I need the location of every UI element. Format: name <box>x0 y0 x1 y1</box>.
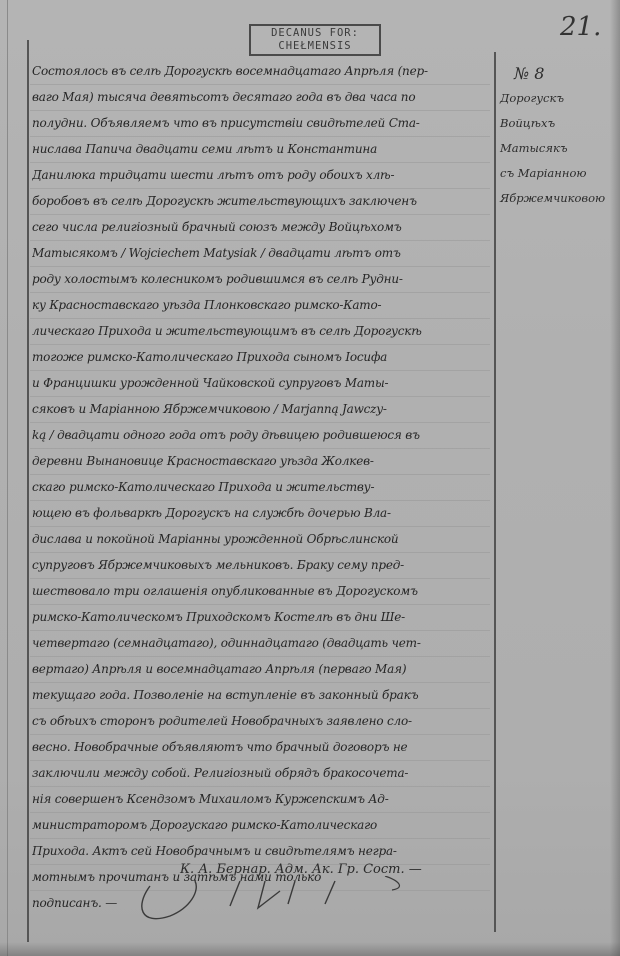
body-line: ką / двадцати одного года отъ роду дѣвиц… <box>32 422 490 448</box>
body-line: ку Красноставскаго уѣзда Плонковскаго ри… <box>32 292 490 318</box>
stamp-line-2: CHEŁMENSIS <box>251 40 379 53</box>
body-line: лическаго Прихода и жительствующимъ въ с… <box>32 318 490 344</box>
left-margin-rule <box>27 40 29 942</box>
right-margin-rule <box>494 52 496 932</box>
body-line: Матысякомъ / Wojciechem Matysiak / двадц… <box>32 240 490 266</box>
stamp-line-1: DECANUS FOR: <box>251 27 379 40</box>
body-line: Данилюка тридцати шести лѣтъ отъ роду об… <box>32 162 490 188</box>
page-number: 21. <box>560 12 601 42</box>
dean-stamp: DECANUS FOR: CHEŁMENSIS <box>249 24 381 56</box>
register-page: DECANUS FOR: CHEŁMENSIS 21. № 8 Дорогуск… <box>0 0 620 956</box>
body-line: римско-Католическомъ Приходскомъ Костелѣ… <box>32 604 490 630</box>
margin-line-bride-first: съ Марiанною <box>500 161 612 186</box>
body-line: четвертаго (семнадцатаго), одиннадцатаго… <box>32 630 490 656</box>
record-number: № 8 <box>500 62 612 86</box>
record-body: Состоялось въ селѣ Дорогускѣ восемнадцат… <box>32 58 490 916</box>
body-line: деревни Вынановице Красноставскаго уѣзда… <box>32 448 490 474</box>
body-line: заключили между собой. Религiозный обряд… <box>32 760 490 786</box>
body-line: ющею въ фольваркѣ Дорогускъ на службѣ до… <box>32 500 490 526</box>
body-line: Состоялось въ селѣ Дорогускѣ восемнадцат… <box>32 58 490 84</box>
body-line: съ обѣихъ сторонъ родителей Новобрачныхъ… <box>32 708 490 734</box>
margin-line-parish: Дорогускъ <box>500 86 612 111</box>
body-line: тогоже римско-Католическаго Прихода сыно… <box>32 344 490 370</box>
margin-line-groom-first: Войцѣхъ <box>500 111 612 136</box>
page-edge-line <box>7 0 8 956</box>
body-line: полудни. Объявляемъ что въ присутствiи с… <box>32 110 490 136</box>
body-line: весно. Новобрачные объявляютъ что брачны… <box>32 734 490 760</box>
body-line: министраторомъ Дорогускаго римско-Католи… <box>32 812 490 838</box>
signature-flourish-icon <box>130 876 450 936</box>
margin-line-groom-last: Матысякъ <box>500 136 612 161</box>
body-line: боробовъ въ селѣ Дорогускѣ жительствующи… <box>32 188 490 214</box>
body-line: ваго Мая) тысяча девятьсотъ десятаго год… <box>32 84 490 110</box>
margin-note: № 8 Дорогускъ Войцѣхъ Матысякъ съ Марiан… <box>500 62 612 211</box>
body-line: текущаго года. Позволенiе на вступленiе … <box>32 682 490 708</box>
body-line: вертаго) Апрѣля и восемнадцатаго Апрѣля … <box>32 656 490 682</box>
page-shadow <box>610 0 620 956</box>
body-line: сяковъ и Марiанною Ябржемчиковою / Marja… <box>32 396 490 422</box>
priest-signature: К. А. Бернар. Адм. Ак. Гр. Сост. — <box>180 862 422 877</box>
body-line: шествовало три оглашенiя опубликованные … <box>32 578 490 604</box>
body-line: супруговъ Ябржемчиковыхъ мельниковъ. Бра… <box>32 552 490 578</box>
margin-line-bride-last: Ябржемчиковою <box>500 186 612 211</box>
body-line: Прихода. Актъ сей Новобрачнымъ и свидѣте… <box>32 838 490 864</box>
body-line: нiя совершенъ Ксендзомъ Михаиломъ Куржеп… <box>32 786 490 812</box>
body-line: роду холостымъ колесникомъ родившимся въ… <box>32 266 490 292</box>
body-line: скаго римско-Католическаго Прихода и жит… <box>32 474 490 500</box>
body-line: и Францишки урожденной Чайковской супруг… <box>32 370 490 396</box>
body-line: сего числа религiозный брачный союзъ меж… <box>32 214 490 240</box>
body-line: нислава Папича двадцати семи лѣтъ и Конс… <box>32 136 490 162</box>
body-line: дислава и покойной Марiанны урожденной О… <box>32 526 490 552</box>
